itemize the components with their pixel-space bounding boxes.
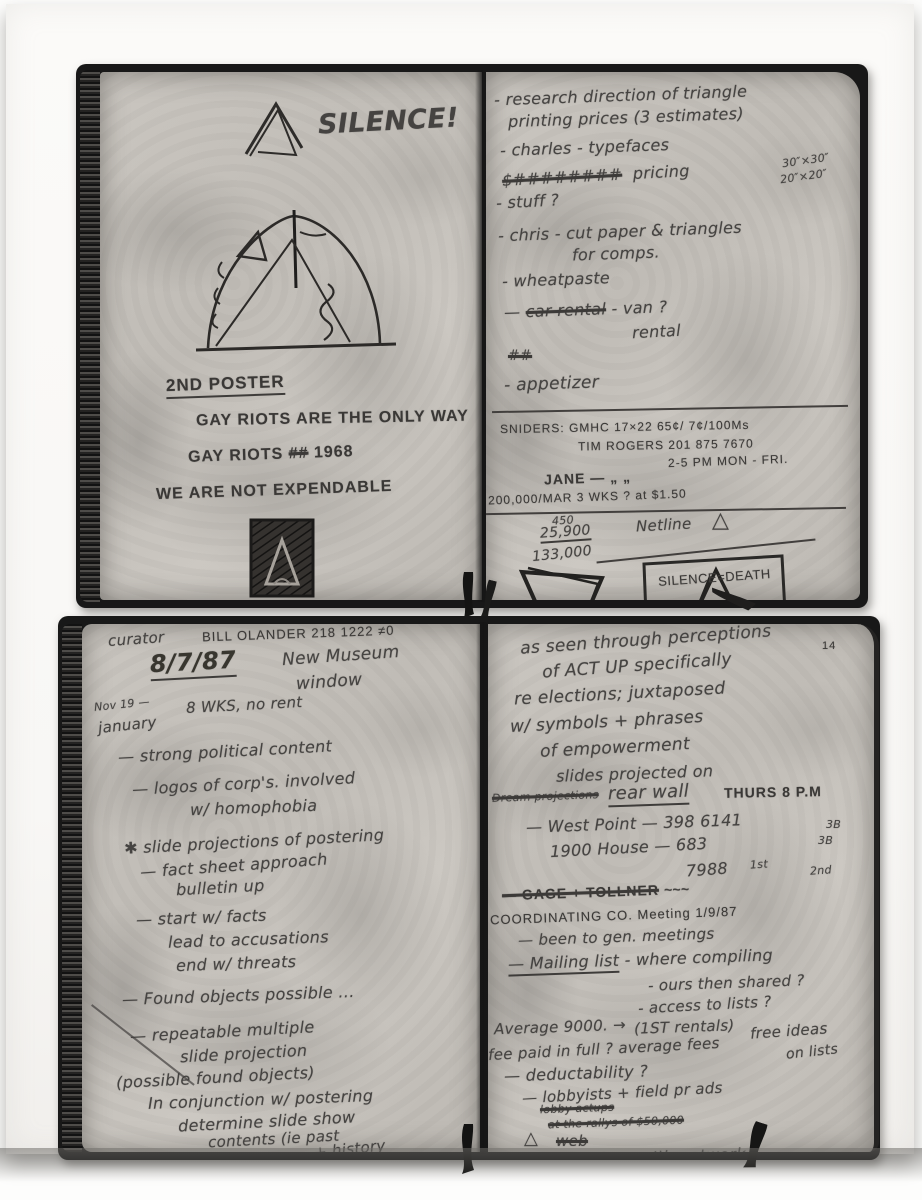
fraction-mid: 25,900 (539, 522, 591, 543)
end-with-threats: end w/ threats (176, 952, 297, 975)
on-lists: on lists (785, 1041, 839, 1062)
triangle-sketch (238, 98, 312, 162)
note-chris-2: for comps. (572, 242, 660, 264)
netline-triangle-glyph: △ (712, 508, 729, 533)
van-rental: rental (632, 321, 682, 343)
note-appetizer: - appetizer (504, 372, 600, 395)
mailing-list-label: — Mailing list (508, 951, 620, 977)
note-typefaces: - charles - typefaces (500, 135, 670, 160)
struck-dream: Dream projections (492, 788, 599, 805)
note-stuff: - stuff ? (496, 190, 560, 212)
small-triangle-glyph: △ (524, 1128, 538, 1149)
possible-found-objects: (possible found objects) (116, 1063, 316, 1092)
coordinating-meeting: COORDINATING CO. Meeting 1/9/87 (490, 904, 738, 928)
window-word: window (295, 670, 363, 695)
note-pricing: $######## pricing (502, 161, 690, 190)
deductability: — deductability ? (504, 1061, 649, 1085)
free-ideas: free ideas (749, 1019, 828, 1042)
slide-projection: slide projection (180, 1041, 308, 1067)
average-9000: Average 9000. → (494, 1016, 627, 1039)
re-elections: re elections; juxtaposed (514, 678, 726, 709)
first-label: 1st (750, 857, 769, 871)
olander-contact: BILL OLANDER 218 1222 ≠0 (202, 624, 395, 644)
struck-car-rental: car rental (525, 299, 606, 321)
first-rentals: (1ST rentals) (634, 1016, 735, 1037)
eight-weeks: 8 WKS, no rent (186, 693, 303, 717)
struck-rallys: at the rallys of $50,000 (548, 1114, 684, 1132)
sheet-bottom-shadow (0, 1148, 922, 1182)
house-1900: 1900 House — 683 (550, 834, 708, 861)
printers-line-2: TIM ROGERS 201 875 7670 (578, 436, 754, 453)
top-notebook-page-edges (80, 70, 100, 602)
block-a-logo-sketch (246, 514, 322, 600)
gage-tollner: — GAGE + TOLLNER ~~~ (502, 881, 690, 904)
struck-mark: ## (508, 348, 532, 364)
divider-line-1 (492, 405, 848, 413)
quantity-line: 200,000/MAR 3 WKS ? at $1.50 (488, 487, 687, 508)
date-8-7-87: 8/7/87 (149, 646, 237, 681)
west-point-3b: 3B (826, 818, 841, 831)
where-compiling: - where compiling (624, 945, 773, 969)
access-lists: - access to lists ? (638, 993, 772, 1018)
gay-riots-line2: GAY RIOTS ## 1968 (188, 443, 354, 467)
found-objects: — Found objects possible ... (122, 982, 355, 1009)
poster-label: 2ND POSTER (166, 372, 285, 399)
bookmark-ribbon (458, 572, 478, 620)
divider-line-2 (486, 507, 846, 515)
artwork-photo: SILENCE! 2ND POSTER GAY RIOTS ARE THE ON… (0, 0, 922, 1200)
political-content: — strong political content (118, 736, 333, 766)
bottom-notebook-page-edges (62, 624, 82, 1152)
van-question: - van ? (611, 297, 668, 318)
silence-title: SILENCE! (317, 102, 459, 140)
nov-19: Nov 19 — (93, 695, 150, 714)
empowerment: of empowerment (540, 734, 691, 762)
west-point: — West Point — 398 6141 (526, 810, 743, 837)
bulletin-up: bulletin up (176, 876, 265, 900)
slide-projections: ✱ slide projections of postering (124, 825, 385, 858)
curator-word: curator (107, 628, 165, 650)
scribble-tail: ~~~ (664, 881, 690, 898)
top-left-page: SILENCE! 2ND POSTER GAY RIOTS ARE THE ON… (100, 72, 482, 600)
struck-gage-tollner: — GAGE + TOLLNER (502, 882, 659, 903)
january-word: january (97, 713, 157, 737)
note-chris-1: - chris - cut paper & triangles (498, 218, 742, 246)
start-with-facts: — start w/ facts (136, 906, 267, 930)
fee-paid: fee paid in full ? average fees (488, 1034, 720, 1064)
note-van: — car rental - van ? (504, 297, 668, 322)
perceptions-line: as seen through perceptions (520, 624, 772, 659)
logos-line2: w/ homophobia (190, 796, 318, 819)
bottom-right-page: as seen through perceptions 14 of ACT UP… (488, 624, 879, 1152)
jane-line: JANE — „ „ (544, 468, 632, 487)
note-research-2: printing prices (3 estimates) (508, 104, 744, 131)
rear-wall: rear wall (608, 781, 690, 808)
gen-meetings: — been to gen. meetings (518, 925, 715, 950)
printers-line-1: SNIDERS: GMHC 17×22 65¢/ 7¢/100Ms (500, 418, 750, 436)
netline-label: Netline (636, 515, 692, 536)
gay-riots-year: 1968 (314, 443, 354, 461)
top-notebook: SILENCE! 2ND POSTER GAY RIOTS ARE THE ON… (76, 64, 868, 608)
top-right-page: - research direction of triangle printin… (486, 72, 860, 600)
lead-to-accusations: lead to accusations (168, 927, 329, 952)
gay-riots-line1: GAY RIOTS ARE THE ONLY WAY (196, 408, 469, 431)
expendable-line: WE ARE NOT EXPENDABLE (156, 478, 393, 504)
note-wheatpaste: - wheatpaste (502, 268, 611, 291)
thurs-8pm: THURS 8 P.M (724, 783, 822, 801)
printers-line-3: 2-5 PM MON - FRI. (668, 452, 789, 470)
struck-lobby-actups: lobby actups (540, 1101, 615, 1117)
inverted-triangle-sketch (514, 558, 610, 600)
bottom-notebook: curator BILL OLANDER 218 1222 ≠0 8/7/87 … (58, 616, 880, 1160)
new-museum: New Museum (281, 642, 400, 670)
scribbled-word: ## (288, 445, 308, 463)
mailing-list: — Mailing list - where compiling (508, 945, 774, 973)
second-label: 2nd (810, 863, 833, 877)
pricing-word: pricing (632, 161, 690, 183)
dome-structure-sketch (182, 192, 412, 362)
struck-price: $######## (502, 165, 623, 190)
page-number: 14 (822, 640, 836, 652)
number-7988: 7988 (685, 859, 728, 881)
bottom-left-page: curator BILL OLANDER 218 1222 ≠0 8/7/87 … (82, 624, 480, 1152)
gay-riots-line2-text: GAY RIOTS (188, 446, 284, 466)
ours-shared: - ours then shared ? (648, 971, 805, 994)
logos-line1: — logos of corp's. involved (132, 768, 356, 799)
house-3b: 3B (818, 834, 833, 847)
symbols-phrases: w/ symbols + phrases (510, 707, 704, 737)
